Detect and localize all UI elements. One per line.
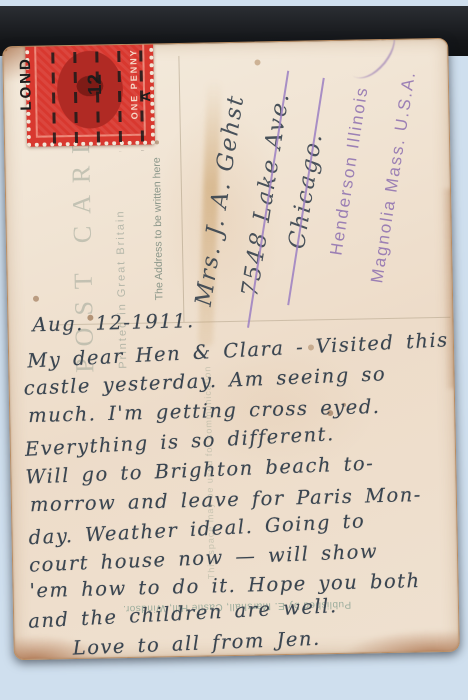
worn-corner-bottom-right [342,629,459,657]
postcard: POST CARD Printed in Great Britain The A… [2,38,460,660]
postmark-city: LOND [16,38,35,134]
address-hint-text: The Address to be written here [150,139,166,319]
photo-of-postcard: { "scene": { "background_color": "#cfdfe… [0,0,468,700]
printed-divider-vertical [178,56,184,322]
post-card-heading: POST CARD [66,133,101,374]
message-date-line: Aug. 12-1911. [32,309,195,336]
message-signature-line: Love to all from Jen. [72,627,321,660]
worn-edge-right [441,189,459,389]
